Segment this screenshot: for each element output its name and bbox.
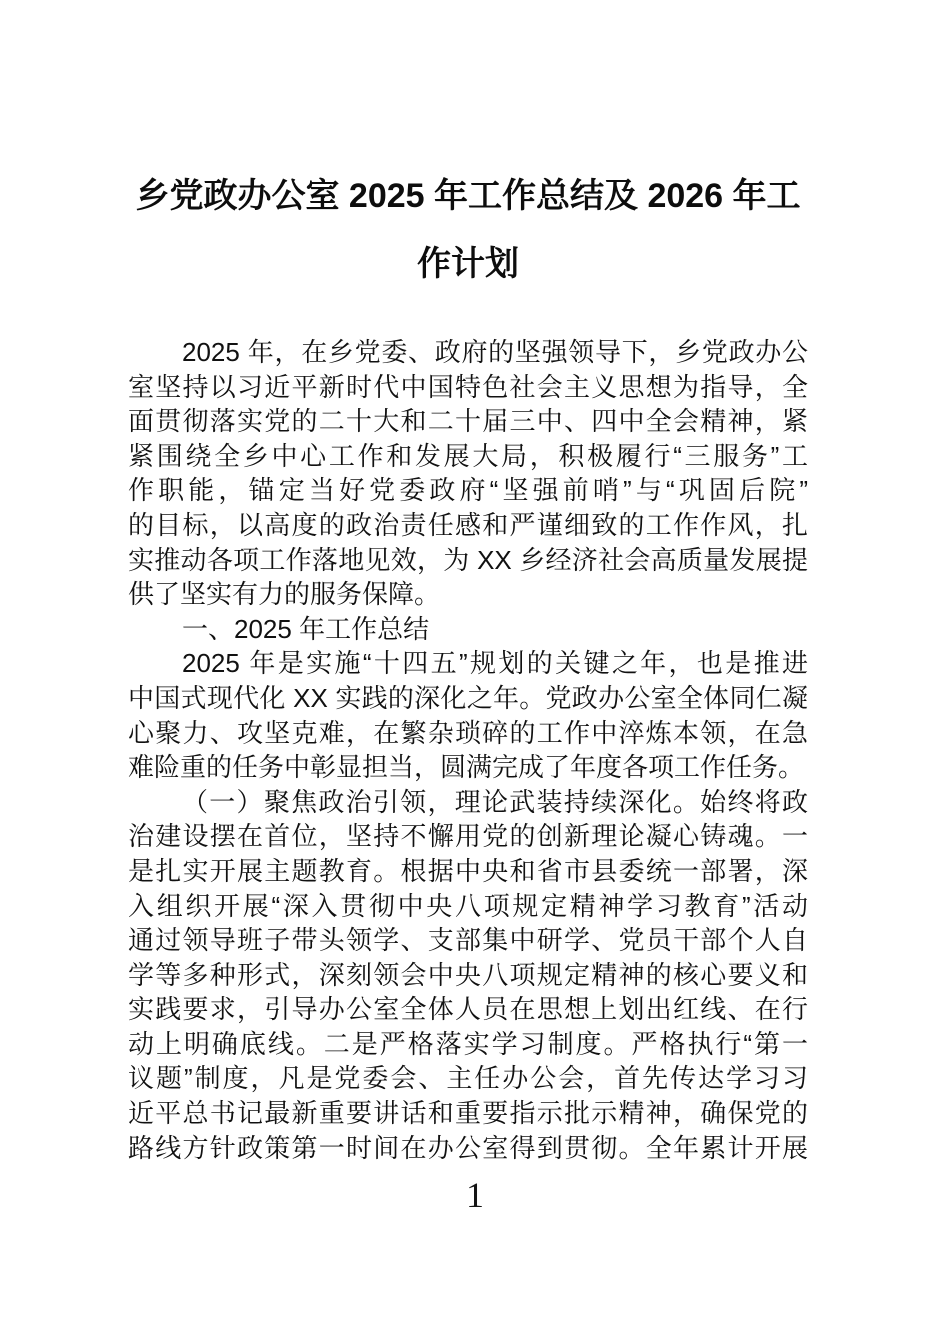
body-line: 心聚力、攻坚克难，在繁杂琐碎的工作中淬炼本领，在急 [128, 716, 808, 751]
body-line: 入组织开展“深入贯彻中央八项规定精神学习教育”活动 [128, 889, 808, 924]
body-line: 的目标，以高度的政治责任感和严谨细致的工作作风，扎 [128, 508, 808, 543]
body-line: 动上明确底线。二是严格落实学习制度。严格执行“第一 [128, 1027, 808, 1062]
document-page: 乡党政办公室 2025 年工作总结及 2026 年工 作计划 2025 年，在乡… [0, 0, 950, 1344]
body-line: 供了坚实有力的服务保障。 [128, 577, 808, 612]
body-line: 通过领导班子带头领学、支部集中研学、党员干部个人自 [128, 923, 808, 958]
document-title: 乡党政办公室 2025 年工作总结及 2026 年工 作计划 [128, 162, 808, 298]
body-line: 面贯彻落实党的二十大和二十届三中、四中全会精神，紧 [128, 404, 808, 439]
body-line: 紧围绕全乡中心工作和发展大局，积极履行“三服务”工 [128, 439, 808, 474]
page-number: 1 [0, 1176, 950, 1214]
body-line: 室坚持以习近平新时代中国特色社会主义思想为指导，全 [128, 370, 808, 405]
body-line: 中国式现代化 XX 实践的深化之年。党政办公室全体同仁凝 [128, 681, 808, 716]
document-content: 乡党政办公室 2025 年工作总结及 2026 年工 作计划 2025 年，在乡… [128, 162, 808, 1165]
body-line: 难险重的任务中彰显担当，圆满完成了年度各项工作任务。 [128, 750, 808, 785]
body-line: 治建设摆在首位，坚持不懈用党的创新理论凝心铸魂。一 [128, 819, 808, 854]
body-line: 近平总书记最新重要讲话和重要指示批示精神，确保党的 [128, 1096, 808, 1131]
body-line: 实践要求，引导办公室全体人员在思想上划出红线、在行 [128, 992, 808, 1027]
title-line-2: 作计划 [128, 230, 808, 298]
body-line: 2025 年是实施“十四五”规划的关键之年，也是推进 [128, 646, 808, 681]
body-line: 实推动各项工作落地见效，为 XX 乡经济社会高质量发展提 [128, 543, 808, 578]
body-line: 是扎实开展主题教育。根据中央和省市县委统一部署，深 [128, 854, 808, 889]
body-line: 路线方针政策第一时间在办公室得到贯彻。全年累计开展 [128, 1131, 808, 1166]
document-body: 2025 年，在乡党委、政府的坚强领导下，乡党政办公 室坚持以习近平新时代中国特… [128, 335, 808, 1165]
body-line: 议题”制度，凡是党委会、主任办公会，首先传达学习习 [128, 1061, 808, 1096]
body-line: 2025 年，在乡党委、政府的坚强领导下，乡党政办公 [128, 335, 808, 370]
body-line: 作职能，锚定当好党委政府“坚强前哨”与“巩固后院” [128, 473, 808, 508]
section-heading: 一、2025 年工作总结 [128, 612, 808, 647]
body-line: （一）聚焦政治引领，理论武装持续深化。始终将政 [128, 785, 808, 820]
title-line-1: 乡党政办公室 2025 年工作总结及 2026 年工 [128, 162, 808, 230]
body-line: 学等多种形式，深刻领会中央八项规定精神的核心要义和 [128, 958, 808, 993]
